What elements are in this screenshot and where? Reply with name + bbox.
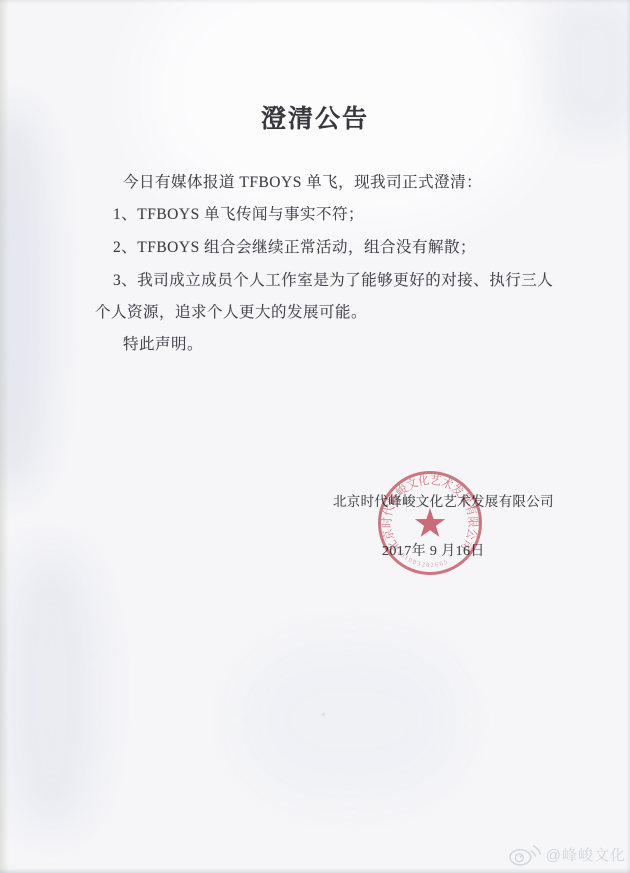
company-seal: 北京时代峰峻文化艺术发展有限公司 1101083282665 xyxy=(368,461,492,585)
seal-star xyxy=(415,508,445,537)
body-line: 个人资源，追求个人更大的发展可能。 xyxy=(95,300,367,322)
body-line: 2、TFBOYS 组合会继续正常活动，组合没有解散； xyxy=(113,235,476,257)
body-line: 3、我司成立成员个人工作室是为了能够更好的对接、执行三人 xyxy=(113,268,553,290)
scanned-announcement-page: 澄清公告 今日有媒体报道 TFBOYS 单飞，现我司正式澄清： 1、TFBOYS… xyxy=(0,0,630,873)
watermark: @峰峻文化 xyxy=(508,841,626,867)
scan-edge-top xyxy=(0,0,630,4)
page-title: 澄清公告 xyxy=(0,99,630,135)
watermark-handle: @峰峻文化 xyxy=(546,844,626,865)
paper-speck xyxy=(322,713,325,716)
scan-shading xyxy=(4,550,99,830)
body-line: 特此声明。 xyxy=(123,332,203,354)
scan-shading xyxy=(0,110,50,490)
body-line: 今日有媒体报道 TFBOYS 单飞，现我司正式澄清： xyxy=(123,170,482,192)
body-line: 1、TFBOYS 单飞传闻与事实不符； xyxy=(113,202,364,224)
scan-shading xyxy=(240,640,460,800)
scan-edge-bottom xyxy=(0,868,630,873)
weibo-logo-icon xyxy=(508,841,542,867)
